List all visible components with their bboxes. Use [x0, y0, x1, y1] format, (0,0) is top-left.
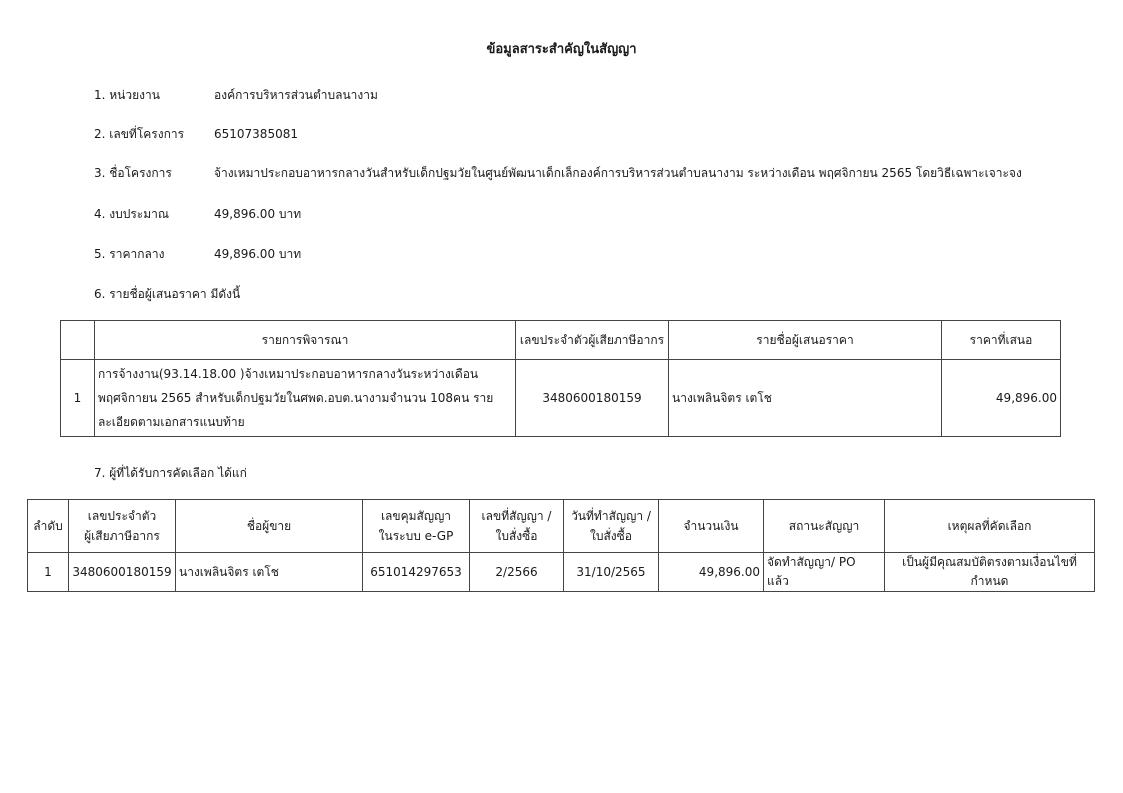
cell-contract-date: 31/10/2565	[564, 553, 659, 592]
col-header-egp: เลขคุมสัญญา ในระบบ e-GP	[363, 500, 470, 553]
cell-tax-id: 3480600180159	[516, 360, 669, 437]
col-header-tax-id: เลขประจำตัวผู้เสียภาษีอากร	[516, 321, 669, 360]
cell-tax-id: 3480600180159	[69, 553, 176, 592]
header-line: ใบสั่งซื้อ	[567, 526, 655, 546]
col-header-bidder: รายชื่อผู้เสนอราคา	[669, 321, 942, 360]
header-line: ใบสั่งซื้อ	[473, 526, 560, 546]
col-header-seller: ชื่อผู้ขาย	[176, 500, 363, 553]
cell-bidder: นางเพลินจิตร เตโช	[669, 360, 942, 437]
table-row: 1 3480600180159 นางเพลินจิตร เตโช 651014…	[28, 553, 1095, 592]
field-value: จ้างเหมาประกอบอาหารกลางวันสำหรับเด็กปฐมว…	[214, 164, 1022, 183]
document-title: ข้อมูลสาระสำคัญในสัญญา	[0, 38, 1123, 59]
header-line: เลขประจำตัว	[72, 506, 172, 526]
cell-egp-no: 651014297653	[363, 553, 470, 592]
col-header-no	[61, 321, 95, 360]
field-agency: 1. หน่วยงานองค์การบริหารส่วนตำบลนางาม	[94, 86, 378, 105]
field-value: องค์การบริหารส่วนตำบลนางาม	[214, 86, 378, 105]
table-row: 1 การจ้างงาน(93.14.18.00 )จ้างเหมาประกอบ…	[61, 360, 1061, 437]
table-header-row: รายการพิจารณา เลขประจำตัวผู้เสียภาษีอากร…	[61, 321, 1061, 360]
field-project-number: 2. เลขที่โครงการ65107385081	[94, 125, 298, 144]
cell-no: 1	[61, 360, 95, 437]
cell-item: การจ้างงาน(93.14.18.00 )จ้างเหมาประกอบอา…	[95, 360, 516, 437]
field-label: 5. ราคากลาง	[94, 245, 214, 264]
table-header-row: ลำดับ เลขประจำตัว ผู้เสียภาษีอากร ชื่อผู…	[28, 500, 1095, 553]
cell-price: 49,896.00	[942, 360, 1061, 437]
col-header-status: สถานะสัญญา	[764, 500, 885, 553]
cell-contract-no: 2/2566	[470, 553, 564, 592]
header-line: ในระบบ e-GP	[366, 526, 466, 546]
header-line: ผู้เสียภาษีอากร	[72, 526, 172, 546]
col-header-no: ลำดับ	[28, 500, 69, 553]
cell-reason: เป็นผู้มีคุณสมบัติตรงตามเงื่อนไขที่กำหนด	[885, 553, 1095, 592]
col-header-tax-id: เลขประจำตัว ผู้เสียภาษีอากร	[69, 500, 176, 553]
col-header-item: รายการพิจารณา	[95, 321, 516, 360]
field-median-price: 5. ราคากลาง49,896.00 บาท	[94, 245, 301, 264]
field-label: 1. หน่วยงาน	[94, 86, 214, 105]
col-header-price: ราคาที่เสนอ	[942, 321, 1061, 360]
col-header-contract-no: เลขที่สัญญา / ใบสั่งซื้อ	[470, 500, 564, 553]
cell-status: จัดทำสัญญา/ PO แล้ว	[764, 553, 885, 592]
selected-table: ลำดับ เลขประจำตัว ผู้เสียภาษีอากร ชื่อผู…	[27, 499, 1095, 592]
field-label: 4. งบประมาณ	[94, 205, 214, 224]
field-project-name: 3. ชื่อโครงการจ้างเหมาประกอบอาหารกลางวัน…	[94, 164, 1022, 183]
section6-heading: 6. รายชื่อผู้เสนอราคา มีดังนี้	[94, 285, 240, 304]
col-header-contract-date: วันที่ทำสัญญา / ใบสั่งซื้อ	[564, 500, 659, 553]
field-budget: 4. งบประมาณ49,896.00 บาท	[94, 205, 301, 224]
cell-amount: 49,896.00	[659, 553, 764, 592]
field-value: 65107385081	[214, 127, 298, 141]
header-line: วันที่ทำสัญญา /	[567, 506, 655, 526]
cell-seller: นางเพลินจิตร เตโช	[176, 553, 363, 592]
col-header-reason: เหตุผลที่คัดเลือก	[885, 500, 1095, 553]
header-line: เลขที่สัญญา /	[473, 506, 560, 526]
section7-heading: 7. ผู้ที่ได้รับการคัดเลือก ได้แก่	[94, 464, 247, 483]
field-value: 49,896.00 บาท	[214, 205, 301, 224]
field-label: 2. เลขที่โครงการ	[94, 125, 214, 144]
col-header-amount: จำนวนเงิน	[659, 500, 764, 553]
header-line: เลขคุมสัญญา	[366, 506, 466, 526]
field-value: 49,896.00 บาท	[214, 245, 301, 264]
bidders-table: รายการพิจารณา เลขประจำตัวผู้เสียภาษีอากร…	[60, 320, 1061, 437]
cell-no: 1	[28, 553, 69, 592]
field-label: 3. ชื่อโครงการ	[94, 164, 214, 183]
